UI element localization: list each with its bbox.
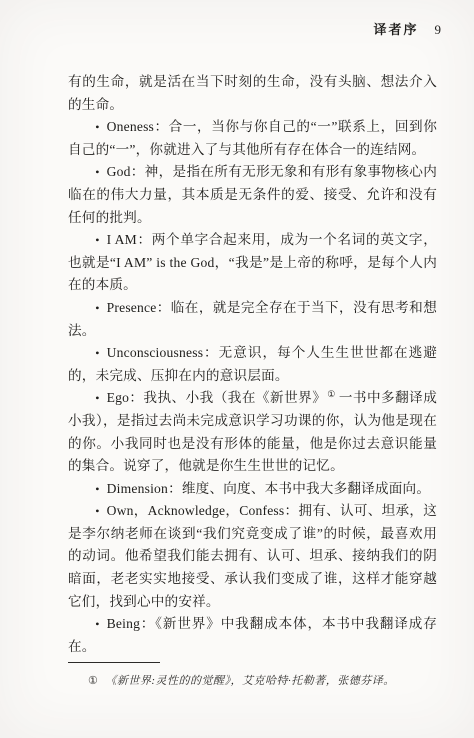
bullet-icon: • xyxy=(95,504,99,518)
term-label: Dimension xyxy=(107,481,168,496)
bullet-icon: • xyxy=(95,301,99,315)
glossary-item-dimension: •Dimension：维度、向度、本书中我大多翻译成面向。 xyxy=(68,478,437,501)
book-page: 译者序9 有的生命，就是活在当下时刻的生命，没有头脑、想法介入的生命。 •One… xyxy=(0,0,474,738)
bullet-icon: • xyxy=(95,120,99,134)
footnote: ①《新世界:灵性的的觉醒》，艾克哈特·托勒著，张德芬译。 xyxy=(68,672,437,688)
term-label: Own，Acknowledge，Confess xyxy=(107,503,285,518)
term-label: Presence xyxy=(107,300,157,315)
footnote-text: 《新世界:灵性的的觉醒》，艾克哈特·托勒著，张德芬译。 xyxy=(105,675,394,687)
glossary-item-oneness: •Oneness：合一，当你与你自己的“一”联系上，回到你自己的“一”，你就进入… xyxy=(68,116,437,161)
footnote-ref-superscript: ① xyxy=(327,389,336,399)
bullet-icon: • xyxy=(95,165,99,179)
term-label: God xyxy=(107,164,131,179)
bullet-icon: • xyxy=(95,391,99,405)
glossary-item-presence: •Presence：临在，就是完全存在于当下，没有思考和想法。 xyxy=(68,297,437,342)
bullet-icon: • xyxy=(95,233,99,247)
glossary-item-ego: •Ego：我执、小我（我在《新世界》①一书中多翻译成小我），是指过去尚未完成意识… xyxy=(68,387,437,477)
section-title: 译者序 xyxy=(373,22,418,37)
definition-text: ：拥有、认可、坦承，这是李尔纳老师在谈到“我们究竟变成了谁”的时候，最喜欢用的动… xyxy=(68,503,437,608)
term-label: Unconsciousness xyxy=(107,345,204,360)
bullet-icon: • xyxy=(95,617,99,631)
term-label: Ego xyxy=(107,390,130,405)
glossary-item-own-acknowledge-confess: •Own，Acknowledge，Confess：拥有、认可、坦承，这是李尔纳老… xyxy=(68,500,437,613)
glossary-item-being: •Being：《新世界》中我翻成本体，本书中我翻译成存在。 xyxy=(68,613,437,658)
intro-paragraph: 有的生命，就是活在当下时刻的生命，没有头脑、想法介入的生命。 xyxy=(68,71,437,116)
page-number: 9 xyxy=(435,22,442,37)
glossary-item-god: •God：神，是指在所有无形无象和有形有象事物核心内临在的伟大力量，其本质是无条… xyxy=(68,161,437,229)
footnote-divider xyxy=(68,662,160,663)
definition-text: ：维度、向度、本书中我大多翻译成面向。 xyxy=(168,481,430,496)
bullet-icon: • xyxy=(95,482,99,496)
term-label: I AM xyxy=(107,232,137,247)
running-header: 译者序9 xyxy=(373,19,441,38)
glossary-item-i-am: •I AM：两个单字合起来用，成为一个名词的英文字，也就是“I AM” is t… xyxy=(68,229,437,297)
definition-text: ：我执、小我（我在《新世界》 xyxy=(129,390,326,405)
footnote-area: ①《新世界:灵性的的觉醒》，艾克哈特·托勒著，张德芬译。 xyxy=(68,662,437,688)
footnote-marker: ① xyxy=(88,675,98,687)
term-label: Oneness xyxy=(107,119,154,134)
term-label: Being xyxy=(107,616,140,631)
glossary-item-unconsciousness: •Unconsciousness：无意识，每个人生生世世都在逃避的，未完成、压抑… xyxy=(68,342,437,387)
bullet-icon: • xyxy=(95,346,99,360)
page-body: 有的生命，就是活在当下时刻的生命，没有头脑、想法介入的生命。 •Oneness：… xyxy=(68,71,437,658)
